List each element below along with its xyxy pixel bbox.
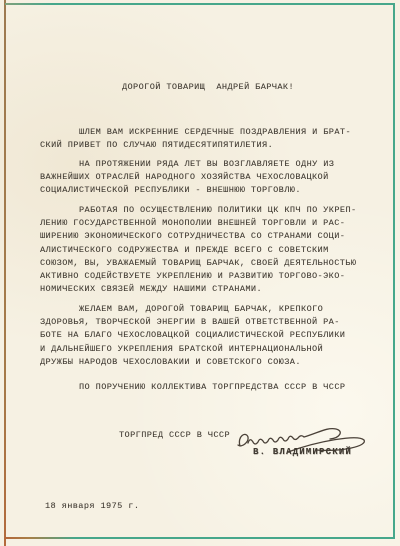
page-binding-edge [4, 0, 6, 546]
signer-title: ТОРГПРЕД СССР В ЧССР [119, 429, 230, 442]
frame-border-bottom [5, 537, 395, 539]
frame-border-top [5, 3, 395, 5]
letter-date: 18 января 1975 г. [45, 500, 139, 513]
paragraph-career: НА ПРОТЯЖЕНИИ РЯДА ЛЕТ ВЫ ВОЗГЛАВЛЯЕТЕ О… [40, 158, 364, 198]
paragraph-greeting: ШЛЕМ ВАМ ИСКРЕННИЕ СЕРДЕЧНЫЕ ПОЗДРАВЛЕНИ… [40, 126, 364, 152]
paragraph-on-behalf: ПО ПОРУЧЕНИЮ КОЛЛЕКТИВА ТОРГПРЕДСТВА ССС… [40, 381, 364, 394]
letter-page: ДОРОГОЙ ТОВАРИЩ АНДРЕЙ БАРЧАК! ШЛЕМ ВАМ … [0, 0, 400, 546]
paragraph-work: РАБОТАЯ ПО ОСУЩЕСТВЛЕНИЮ ПОЛИТИКИ ЦК КПЧ… [40, 204, 364, 296]
salutation: ДОРОГОЙ ТОВАРИЩ АНДРЕЙ БАРЧАК! [48, 81, 368, 94]
paragraph-wishes: ЖЕЛАЕМ ВАМ, ДОРОГОЙ ТОВАРИЩ БАРЧАК, КРЕП… [40, 303, 364, 369]
handwritten-signature [230, 422, 374, 466]
frame-border-right [393, 3, 395, 539]
typed-signer-name: В. ВЛАДИМИРСКИЙ [253, 446, 352, 459]
